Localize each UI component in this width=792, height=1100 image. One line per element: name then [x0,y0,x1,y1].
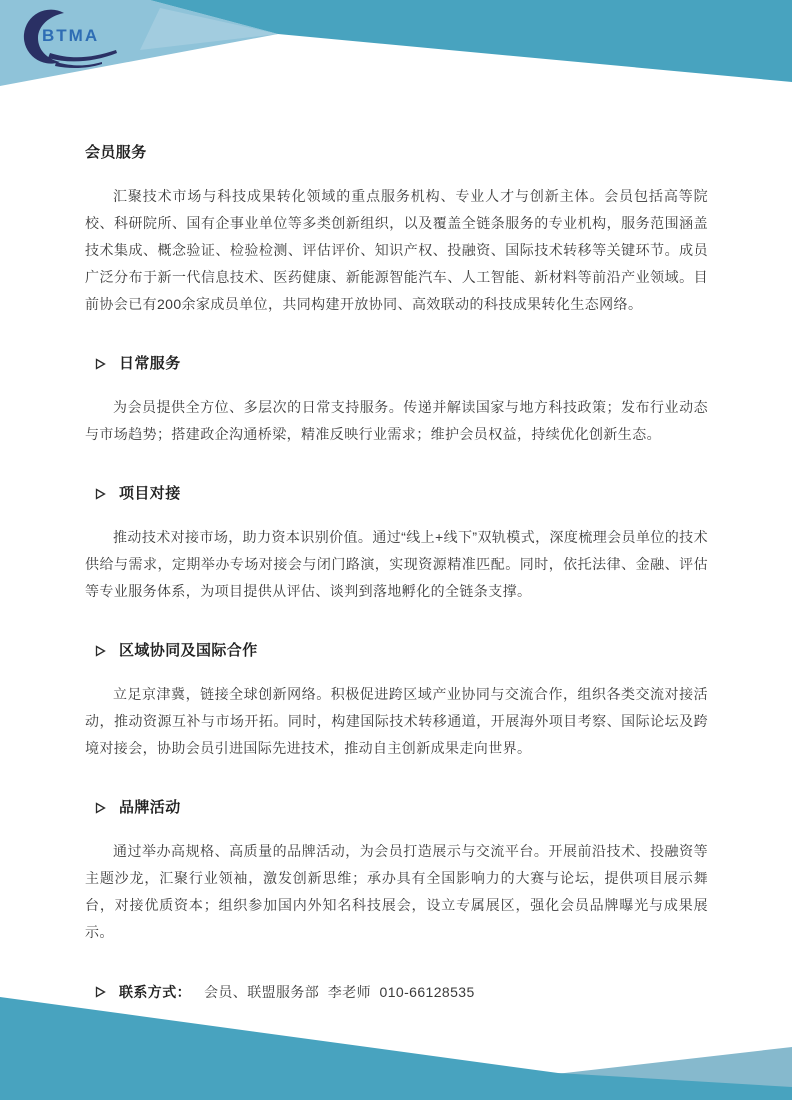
section-heading-label: 日常服务 [119,354,181,374]
contact-line: 联系方式：会员、联盟服务部 李老师 010-66128535 [85,982,708,1002]
arrow-bullet-icon [95,802,106,814]
btma-logo: BTMA [14,8,136,72]
logo-text: BTMA [42,26,99,45]
arrow-bullet-icon [95,645,106,657]
section-heading-daily-services: 日常服务 [85,354,708,374]
header-light-overlay-triangle [140,8,278,50]
arrow-bullet-icon [95,986,106,998]
section-heading-brand-events: 品牌活动 [85,798,708,818]
section-heading-label: 品牌活动 [119,798,181,818]
brush-tail-upper-icon [48,50,117,61]
section-paragraph: 立足京津冀，链接全球创新网络。积极促进跨区域产业协同与交流合作，组织各类交流对接… [85,681,708,762]
footer-teal-band [0,997,792,1100]
section-paragraph: 为会员提供全方位、多层次的日常支持服务。传递并解读国家与地方科技政策；发布行业动… [85,394,708,448]
brush-tail-lower-icon [55,62,102,68]
section-heading-project-matching: 项目对接 [85,484,708,504]
page-title: 会员服务 [85,143,708,163]
contact-label: 联系方式： [119,982,191,1002]
header-teal-band [150,0,792,82]
arrow-bullet-icon [95,488,106,500]
intro-paragraph: 汇聚技术市场与科技成果转化领域的重点服务机构、专业人才与创新主体。会员包括高等院… [85,183,708,318]
footer-light-triangle [556,1047,792,1100]
arrow-bullet-icon [95,358,106,370]
section-heading-label: 项目对接 [119,484,181,504]
section-paragraph: 通过举办高规格、高质量的品牌活动，为会员打造展示与交流平台。开展前沿技术、投融资… [85,838,708,946]
document-content: 会员服务 汇聚技术市场与科技成果转化领域的重点服务机构、专业人才与创新主体。会员… [85,143,708,1002]
contact-value: 会员、联盟服务部 李老师 010-66128535 [204,982,475,1002]
section-paragraph: 推动技术对接市场，助力资本识别价值。通过“线上+线下”双轨模式，深度梳理会员单位… [85,524,708,605]
section-heading-label: 区域协同及国际合作 [119,641,258,661]
document-page: BTMA 会员服务 汇聚技术市场与科技成果转化领域的重点服务机构、专业人才与创新… [0,0,792,1100]
section-heading-regional-international: 区域协同及国际合作 [85,641,708,661]
